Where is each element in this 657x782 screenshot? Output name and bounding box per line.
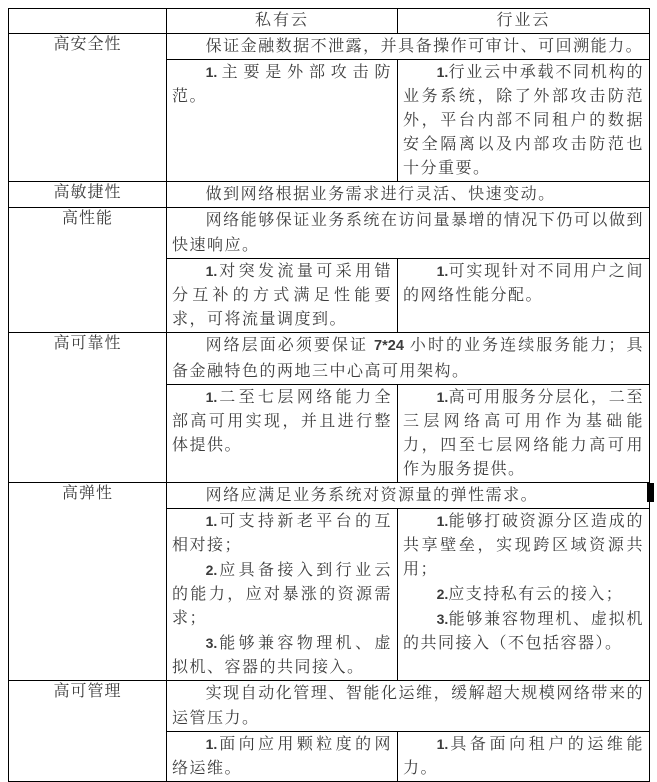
category-cell-performance: 高性能 [9, 208, 167, 333]
private-cloud-cell: 1.可支持新老平台的互相对接； 2.应具备接入到行业云的能力，应对暴涨的资源需求… [167, 509, 398, 681]
item-text: 应支持私有云的接入； [448, 586, 623, 603]
table-header-section: 私有云 行业云 [9, 9, 650, 34]
category-cell-manageability: 高可管理 [9, 681, 167, 782]
common-requirement-cell: 网络能够保证业务系统在访问量暴增的情况下仍可以做到快速响应。 [167, 208, 650, 259]
industry-cloud-cell: 1.高可用服务分层化，二至三层网络高可用作为基础能力，四至七层网络能力高可用作为… [398, 385, 650, 483]
column-header-private-cloud: 私有云 [167, 9, 398, 34]
common-requirement-text: 保证金融数据不泄露，并具备操作可审计、可回溯能力。 [172, 34, 644, 59]
common-requirement-text: 实现自动化管理、智能化运维，缓解超大规模网络带来的运管压力。 [172, 681, 644, 731]
item-number: 1. [437, 389, 449, 405]
detail-item: 1.面向应用颗粒度的网络运维。 [172, 732, 392, 781]
detail-item: 1.对突发流量可采用错分互补的方式满足性能要求，可将流量调度到。 [172, 259, 392, 332]
column-header-industry-cloud: 行业云 [398, 9, 650, 34]
detail-item: 2.应具备接入到行业云的能力，应对暴涨的资源需求； [172, 558, 392, 631]
detail-item: 1.二至七层网络能力全部高可用实现，并且进行整体提供。 [172, 385, 392, 458]
common-requirement-cell: 网络应满足业务系统对资源量的弹性需求。 [167, 483, 650, 509]
detail-item: 3.能够兼容物理机、虚拟机、容器的共同接入。 [172, 631, 392, 680]
common-requirement-text: 做到网络根据业务需求进行灵活、快速变动。 [172, 182, 644, 207]
detail-item: 1.高可用服务分层化，二至三层网络高可用作为基础能力，四至七层网络能力高可用作为… [403, 385, 644, 482]
industry-cloud-cell: 1.行业云中承载不同机构的业务系统，除了外部攻击防范外，平台内部不同租户的数据安… [398, 60, 650, 182]
industry-cloud-cell: 1.能够打破资源分区造成的共享壁垒，实现跨区域资源共用； 2.应支持私有云的接入… [398, 509, 650, 681]
section-elasticity: 高弹性 网络应满足业务系统对资源量的弹性需求。 1.可支持新老平台的互相对接； … [9, 483, 650, 681]
common-requirement-text: 网络层面必须要保证 7*24 小时的业务连续服务能力；具备金融特色的两地三中心高… [172, 333, 644, 384]
category-cell-agility: 高敏捷性 [9, 182, 167, 208]
private-cloud-cell: 1.对突发流量可采用错分互补的方式满足性能要求，可将流量调度到。 [167, 259, 398, 333]
common-requirement-cell: 保证金融数据不泄露，并具备操作可审计、可回溯能力。 [167, 34, 650, 60]
detail-item: 1.可支持新老平台的互相对接； [172, 509, 392, 558]
category-cell-security: 高安全性 [9, 34, 167, 182]
private-cloud-cell: 1.主要是外部攻击防范。 [167, 60, 398, 182]
section-agility: 高敏捷性 做到网络根据业务需求进行灵活、快速变动。 [9, 182, 650, 208]
corner-cell [9, 9, 167, 34]
category-cell-elasticity: 高弹性 [9, 483, 167, 681]
section-security: 高安全性 保证金融数据不泄露，并具备操作可审计、可回溯能力。 1.主要是外部攻击… [9, 34, 650, 182]
common-requirement-cell: 做到网络根据业务需求进行灵活、快速变动。 [167, 182, 650, 208]
item-number: 1. [437, 263, 449, 279]
section-reliability: 高可靠性 网络层面必须要保证 7*24 小时的业务连续服务能力；具备金融特色的两… [9, 333, 650, 483]
item-text: 行业云中承载不同机构的业务系统，除了外部攻击防范外，平台内部不同租户的数据安全隔… [403, 64, 644, 177]
common-text-bold: 7*24 [374, 338, 404, 354]
common-text-pre: 网络层面必须要保证 [206, 337, 374, 354]
item-number: 1. [206, 263, 218, 279]
detail-item: 1.行业云中承载不同机构的业务系统，除了外部攻击防范外，平台内部不同租户的数据安… [403, 60, 644, 181]
category-cell-reliability: 高可靠性 [9, 333, 167, 483]
item-number: 3. [206, 635, 218, 651]
item-number: 1. [437, 64, 449, 80]
item-number: 1. [206, 513, 218, 529]
cloud-comparison-table: 私有云 行业云 高安全性 保证金融数据不泄露，并具备操作可审计、可回溯能力。 1… [8, 8, 650, 782]
common-requirement-cell: 实现自动化管理、智能化运维，缓解超大规模网络带来的运管压力。 [167, 681, 650, 732]
common-requirement-cell: 网络层面必须要保证 7*24 小时的业务连续服务能力；具备金融特色的两地三中心高… [167, 333, 650, 385]
section-manageability: 高可管理 实现自动化管理、智能化运维，缓解超大规模网络带来的运管压力。 1.面向… [9, 681, 650, 782]
detail-item: 1.具备面向租户的运维能力。 [403, 732, 644, 781]
private-cloud-cell: 1.面向应用颗粒度的网络运维。 [167, 732, 398, 782]
detail-item: 1.能够打破资源分区造成的共享壁垒，实现跨区域资源共用； [403, 509, 644, 582]
detail-item: 1.主要是外部攻击防范。 [172, 60, 392, 109]
industry-cloud-cell: 1.可实现针对不同用户之间的网络性能分配。 [398, 259, 650, 333]
private-cloud-cell: 1.二至七层网络能力全部高可用实现，并且进行整体提供。 [167, 385, 398, 483]
industry-cloud-cell: 1.具备面向租户的运维能力。 [398, 732, 650, 782]
item-number: 3. [437, 611, 449, 627]
detail-item: 2.应支持私有云的接入； [403, 582, 644, 607]
document-page: 私有云 行业云 高安全性 保证金融数据不泄露，并具备操作可审计、可回溯能力。 1… [8, 8, 650, 782]
cursor-artifact [647, 483, 654, 502]
item-number: 1. [206, 64, 218, 80]
detail-item: 3.能够兼容物理机、虚拟机的共同接入（不包括容器）。 [403, 607, 644, 656]
item-number: 1. [437, 736, 449, 752]
item-number: 1. [206, 736, 218, 752]
item-number: 2. [437, 586, 449, 602]
common-requirement-text: 网络应满足业务系统对资源量的弹性需求。 [172, 483, 644, 508]
detail-item: 1.可实现针对不同用户之间的网络性能分配。 [403, 259, 644, 308]
section-performance: 高性能 网络能够保证业务系统在访问量暴增的情况下仍可以做到快速响应。 1.对突发… [9, 208, 650, 333]
item-number: 1. [206, 389, 218, 405]
common-requirement-text: 网络能够保证业务系统在访问量暴增的情况下仍可以做到快速响应。 [172, 208, 644, 258]
item-number: 2. [206, 562, 218, 578]
item-number: 1. [437, 513, 449, 529]
